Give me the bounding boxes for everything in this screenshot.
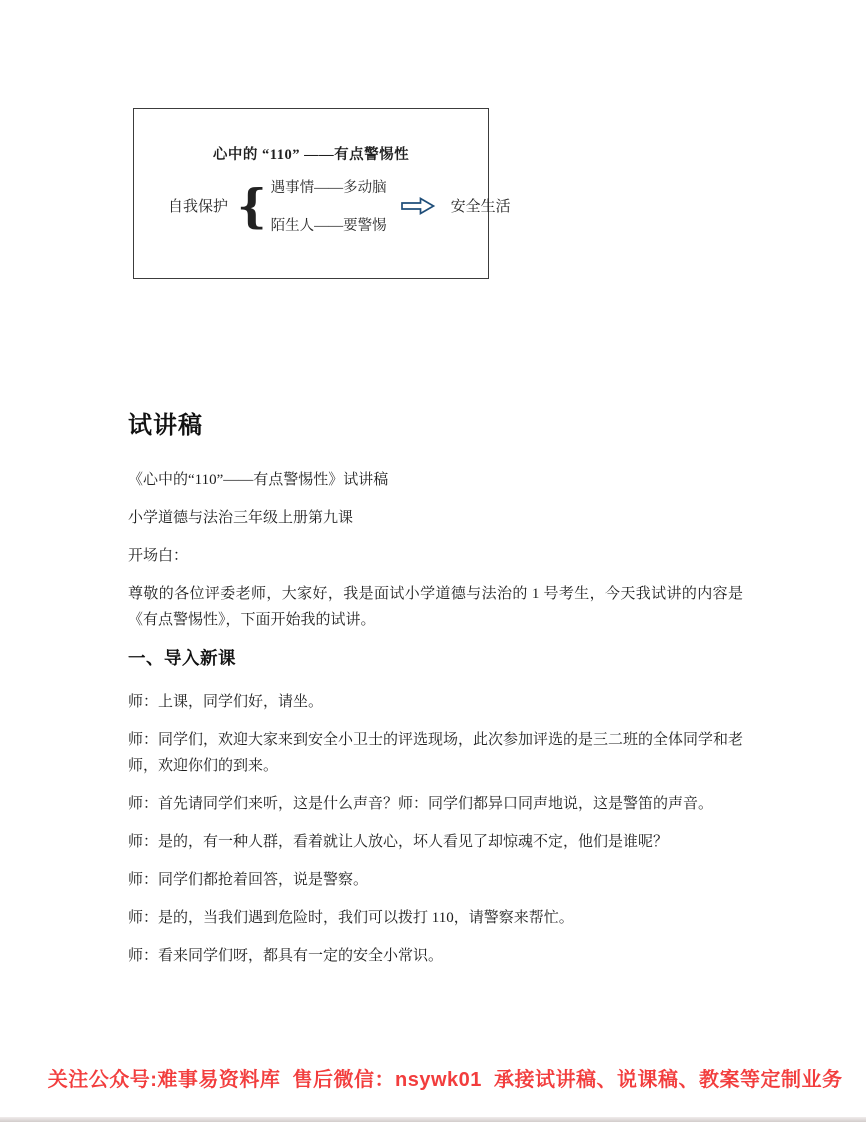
script-paragraph: 师：首先请同学们来听，这是什么声音？师：同学们都异口同声地说，这是警笛的声音。 (128, 791, 743, 817)
script-paragraph: 师：同学们，欢迎大家来到安全小卫士的评选现场，此次参加评选的是三二班的全体同学和… (128, 727, 743, 779)
double-right-arrow-icon (400, 196, 436, 216)
intro-paragraph: 尊敬的各位评委老师，大家好，我是面试小学道德与法治的 1 号考生，今天我试讲的内… (128, 581, 743, 633)
footer-banner: 关注公众号:难事易资料库 售后微信：nsywk01 承接试讲稿、说课稿、教案等定… (0, 1040, 866, 1115)
intro-paragraph: 开场白： (128, 543, 743, 569)
page-title: 试讲稿 (128, 409, 743, 443)
intro-paragraph: 《心中的“110”——有点警惕性》试讲稿 (128, 467, 743, 493)
diagram-row: 自我保护 { 遇事情——多动脑 陌生人——要警惕 安全生活 (134, 176, 488, 235)
script-paragraph: 师：上课，同学们好，请坐。 (128, 689, 743, 715)
footer-banner-text: 关注公众号:难事易资料库 售后微信：nsywk01 承接试讲稿、说课稿、教案等定… (48, 1069, 843, 1091)
script-paragraph: 师：看来同学们呀，都具有一定的安全小常识。 (128, 943, 743, 969)
diagram-source-label: 自我保护 (168, 195, 228, 216)
document-page: 心中的 “110” ——有点警惕性 自我保护 { 遇事情——多动脑 陌生人——要… (0, 0, 866, 1122)
script-paragraph: 师：是的，有一种人群，看着就让人放心，坏人看见了却惊魂不定，他们是谁呢？ (128, 829, 743, 855)
diagram-title: 心中的 “110” ——有点警惕性 (134, 143, 488, 164)
section-heading: 一、导入新课 (128, 645, 743, 671)
concept-diagram-box: 心中的 “110” ——有点警惕性 自我保护 { 遇事情——多动脑 陌生人——要… (133, 108, 489, 279)
page-bottom-edge (0, 1117, 866, 1122)
diagram-branch-top: 遇事情——多动脑 (271, 176, 387, 197)
diagram-result-label: 安全生活 (451, 195, 511, 216)
intro-paragraph: 小学道德与法治三年级上册第九课 (128, 505, 743, 531)
script-paragraph: 师：同学们都抢着回答，说是警察。 (128, 867, 743, 893)
brace-glyph: { (237, 183, 267, 229)
double-right-arrow-shape (402, 198, 434, 213)
diagram-branches: 遇事情——多动脑 陌生人——要警惕 (271, 176, 387, 235)
script-paragraph: 师：是的，当我们遇到危险时，我们可以拨打 110，请警察来帮忙。 (128, 905, 743, 931)
document-body: 试讲稿 《心中的“110”——有点警惕性》试讲稿 小学道德与法治三年级上册第九课… (128, 409, 743, 981)
diagram-branch-bottom: 陌生人——要警惕 (271, 214, 387, 235)
